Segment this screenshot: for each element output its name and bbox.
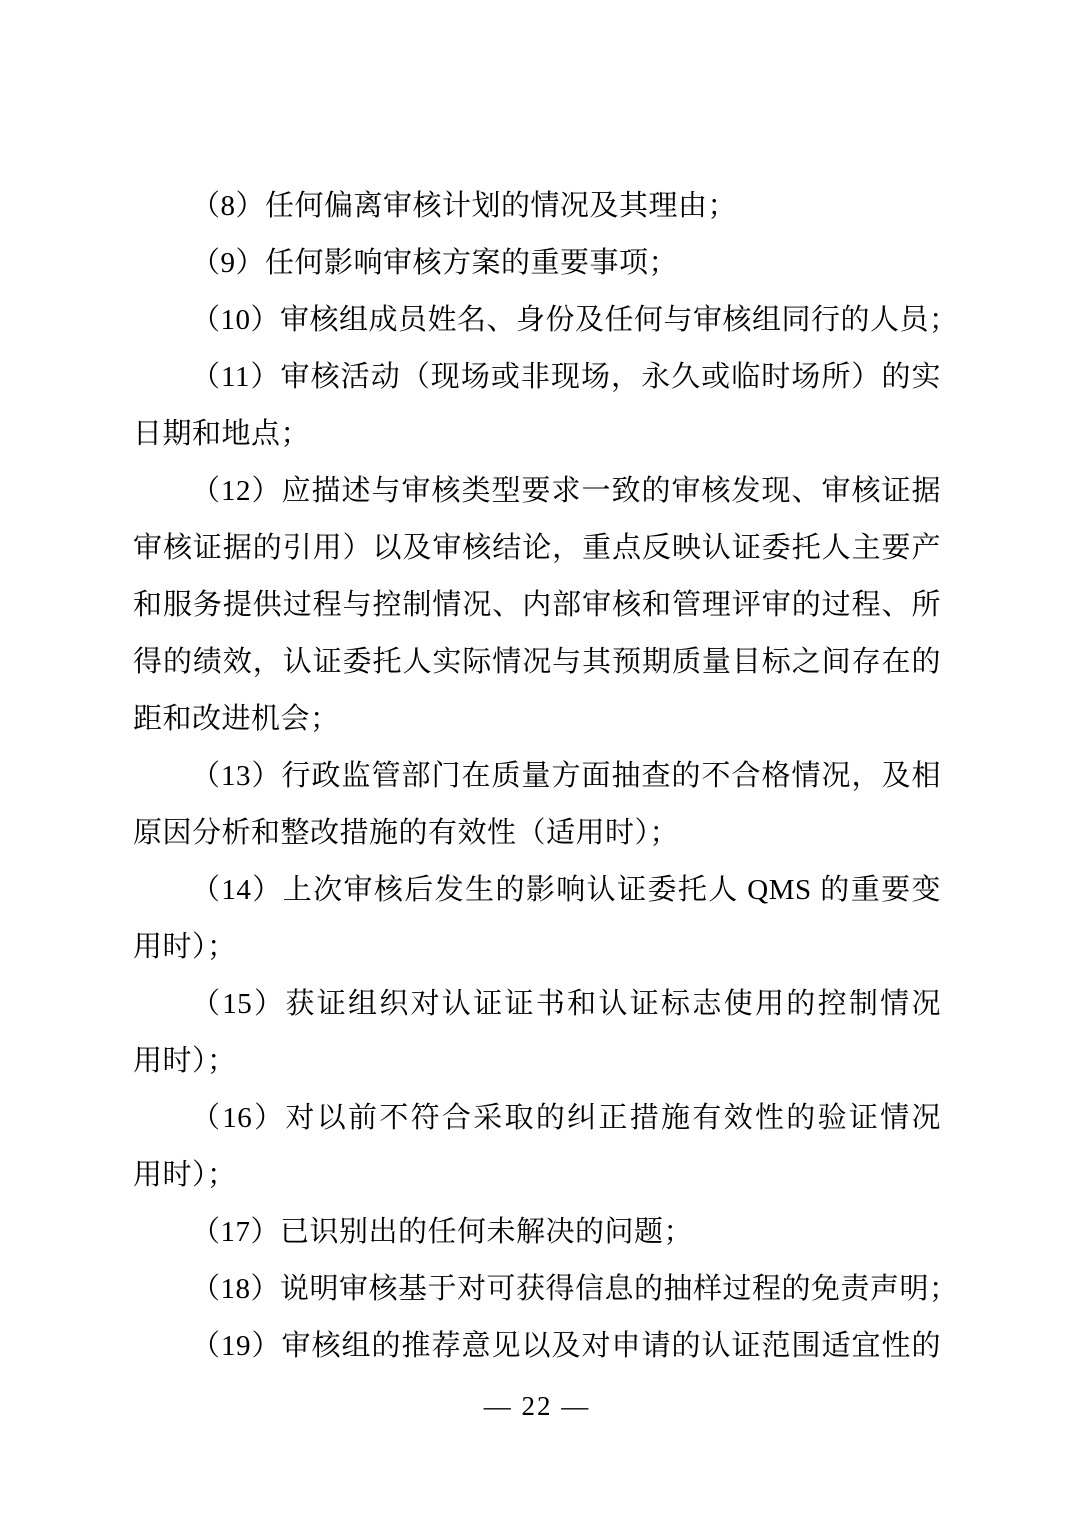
text-line: （15）获证组织对认证证书和认证标志使用的控制情况（适 xyxy=(133,976,941,1033)
text-line: （8）任何偏离审核计划的情况及其理由； xyxy=(133,178,941,235)
text-line: （17）已识别出的任何未解决的问题； xyxy=(133,1204,941,1261)
text-line: （18）说明审核基于对可获得信息的抽样过程的免责声明； xyxy=(133,1261,941,1318)
page-number: — 22 — xyxy=(0,1386,1074,1426)
text-line: 日期和地点； xyxy=(133,406,941,463)
text-line: （19）审核组的推荐意见以及对申请的认证范围适宜性的结 xyxy=(133,1318,941,1375)
text-line: 和服务提供过程与控制情况、内部审核和管理评审的过程、所取 xyxy=(133,577,941,634)
document-page: （8）任何偏离审核计划的情况及其理由； （9）任何影响审核方案的重要事项； （1… xyxy=(0,0,1074,1520)
document-body-text: （8）任何偏离审核计划的情况及其理由； （9）任何影响审核方案的重要事项； （1… xyxy=(133,178,941,1375)
text-line: 距和改进机会； xyxy=(133,691,941,748)
text-line: （12）应描述与审核类型要求一致的审核发现、审核证据（或 xyxy=(133,463,941,520)
text-line: 用时）； xyxy=(133,1033,941,1090)
text-line: （14）上次审核后发生的影响认证委托人 QMS 的重要变更(适 xyxy=(133,862,941,919)
text-line: （11）审核活动（现场或非现场，永久或临时场所）的实施 xyxy=(133,349,941,406)
text-line: 用时）； xyxy=(133,1147,941,1204)
text-line: （16）对以前不符合采取的纠正措施有效性的验证情况（适 xyxy=(133,1090,941,1147)
text-line: 用时）； xyxy=(133,919,941,976)
text-line: 得的绩效，认证委托人实际情况与其预期质量目标之间存在的差 xyxy=(133,634,941,691)
text-line: 审核证据的引用）以及审核结论，重点反映认证委托人主要产品 xyxy=(133,520,941,577)
text-line: （13）行政监管部门在质量方面抽查的不合格情况，及相关 xyxy=(133,748,941,805)
text-line: （10）审核组成员姓名、身份及任何与审核组同行的人员； xyxy=(133,292,941,349)
text-line: （9）任何影响审核方案的重要事项； xyxy=(133,235,941,292)
text-line: 原因分析和整改措施的有效性（适用时）； xyxy=(133,805,941,862)
